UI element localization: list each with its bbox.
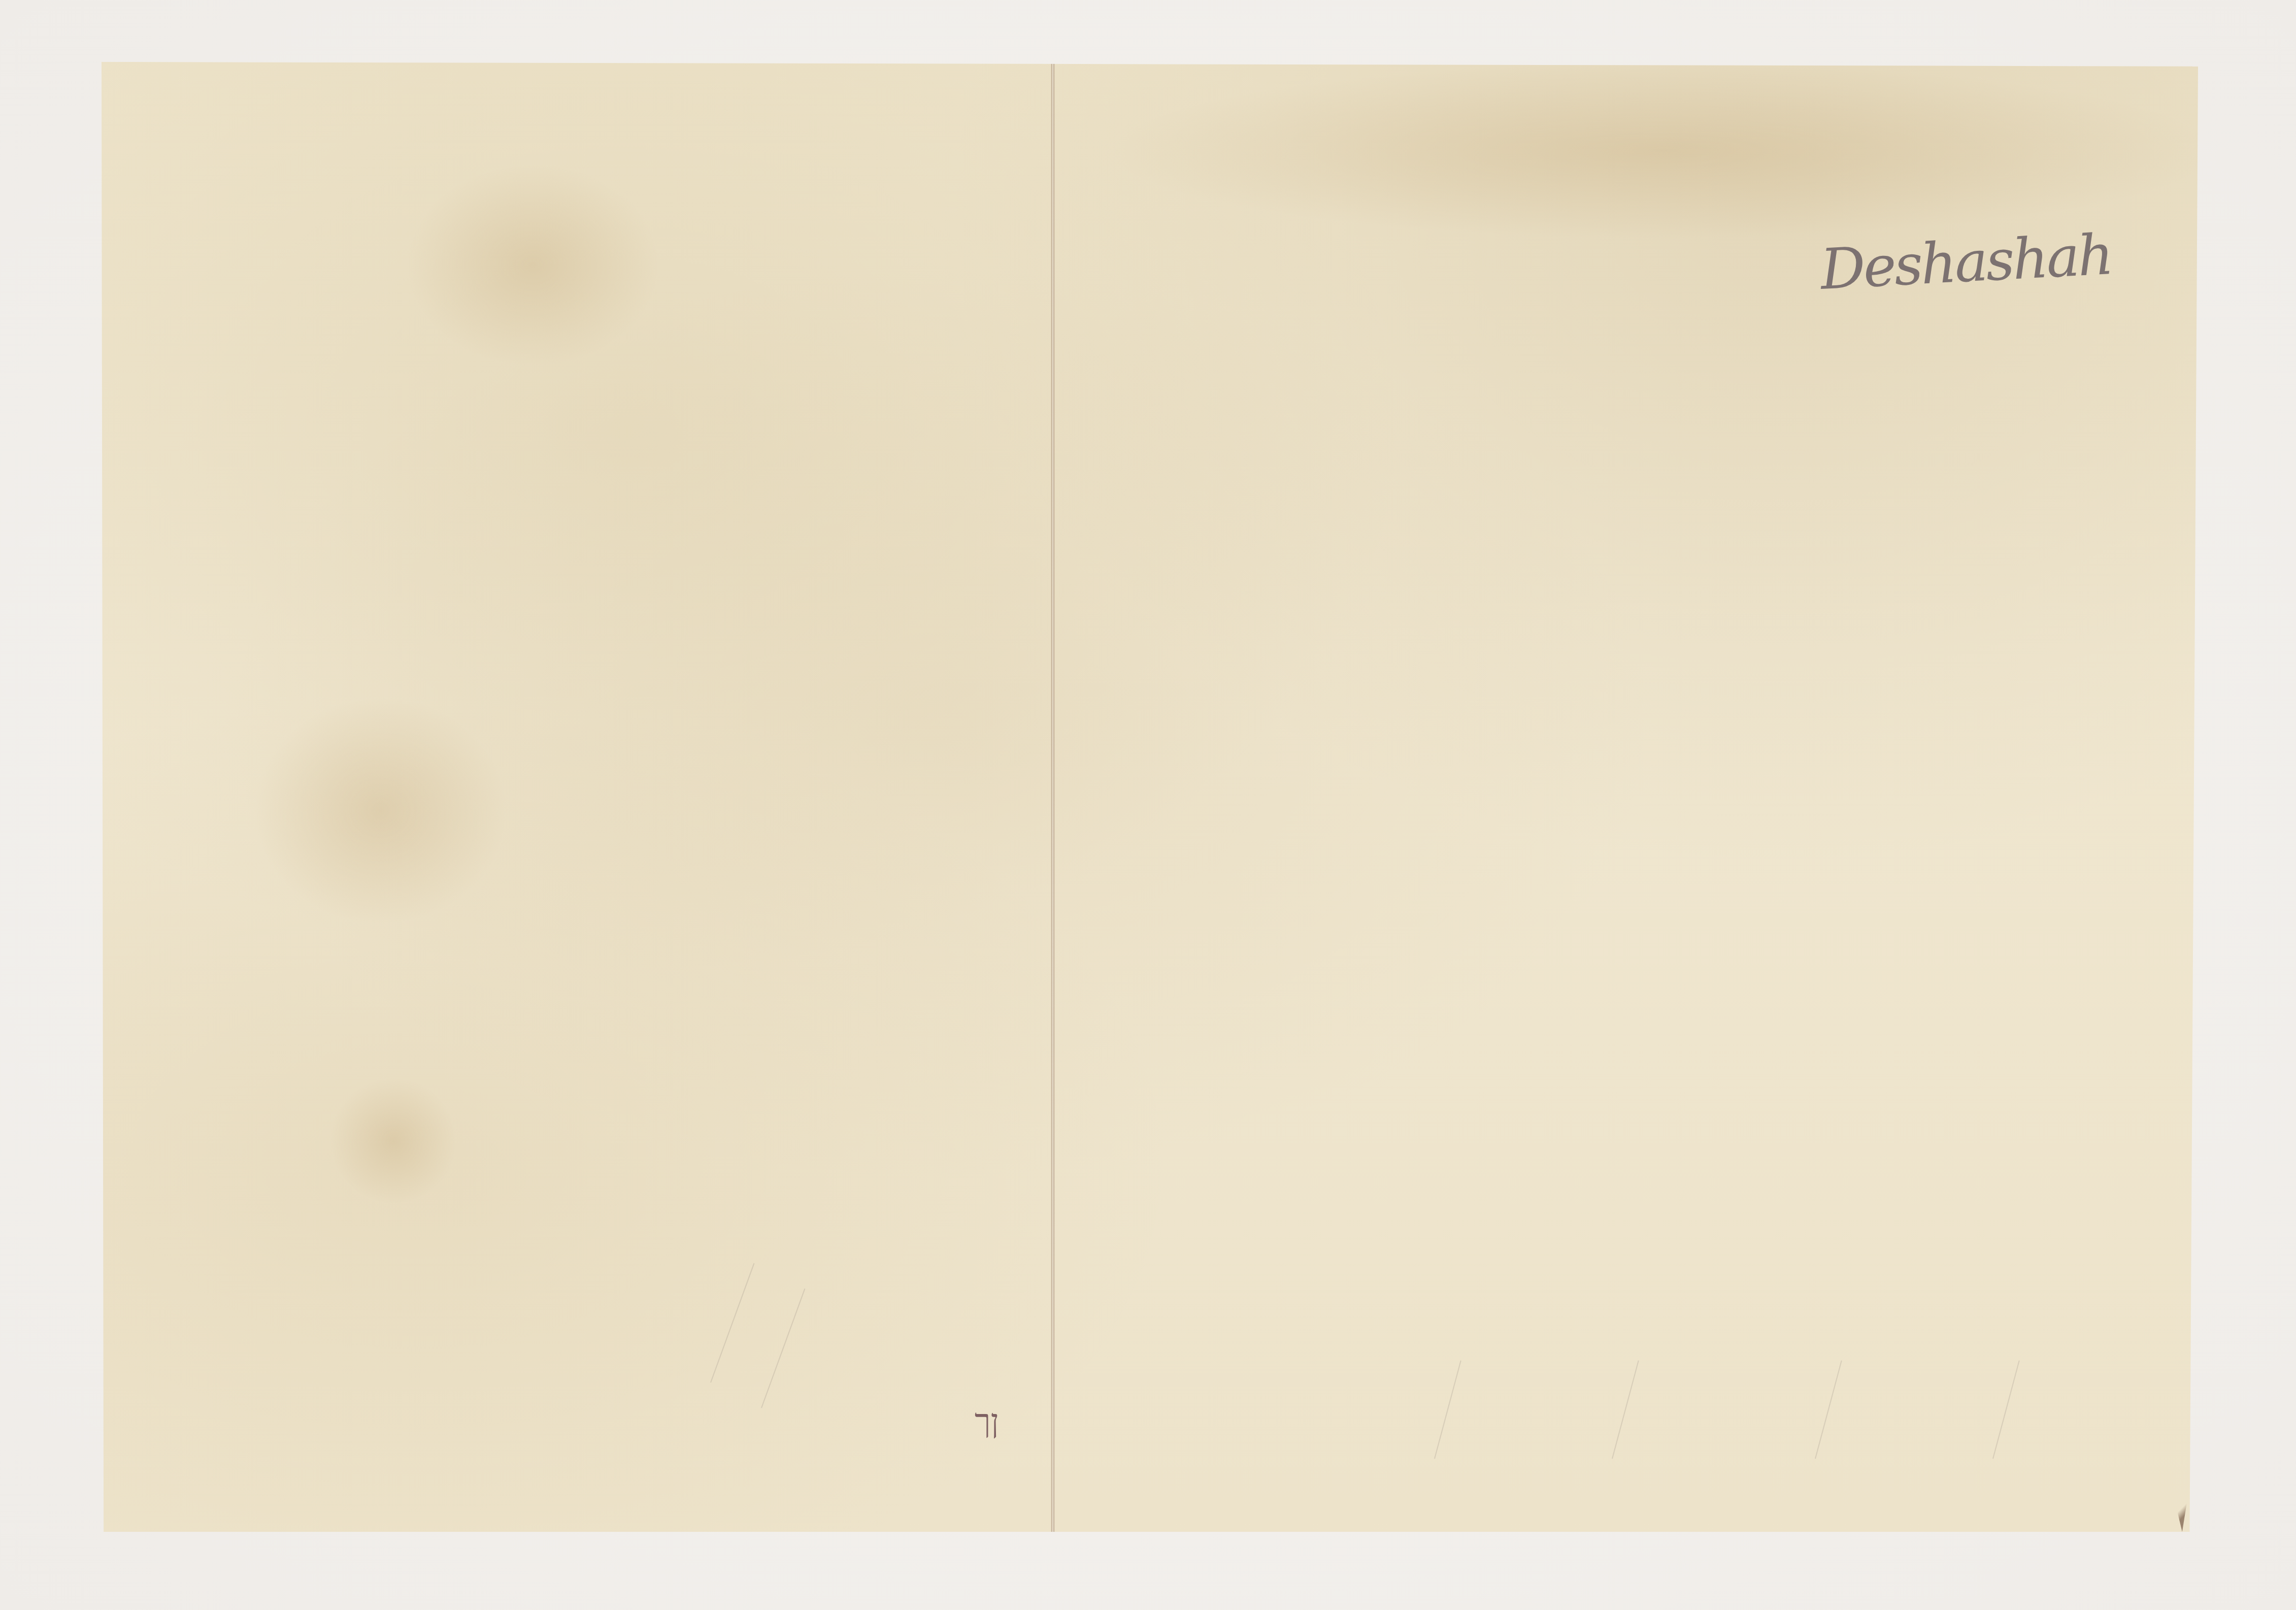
right-page: Deshashah (1054, 62, 2198, 1532)
pencil-stroke (1992, 1361, 2020, 1459)
ink-mark-annotation: ןך (975, 1402, 999, 1440)
pencil-stroke (1612, 1361, 1639, 1459)
pencil-stroke (1434, 1361, 1461, 1459)
pencil-stroke (710, 1263, 754, 1383)
stain (1105, 62, 2221, 240)
stain (330, 1077, 457, 1204)
paper-sheet: ןך Deshashah (102, 62, 2198, 1532)
left-page: ןך (102, 62, 1051, 1532)
pencil-stroke (1815, 1361, 1842, 1459)
stain (406, 163, 660, 367)
stain (254, 697, 508, 925)
pencil-stroke (761, 1289, 805, 1408)
pencil-name-annotation: Deshashah (1819, 222, 2113, 302)
photo-background: ןך Deshashah (0, 0, 2296, 1610)
